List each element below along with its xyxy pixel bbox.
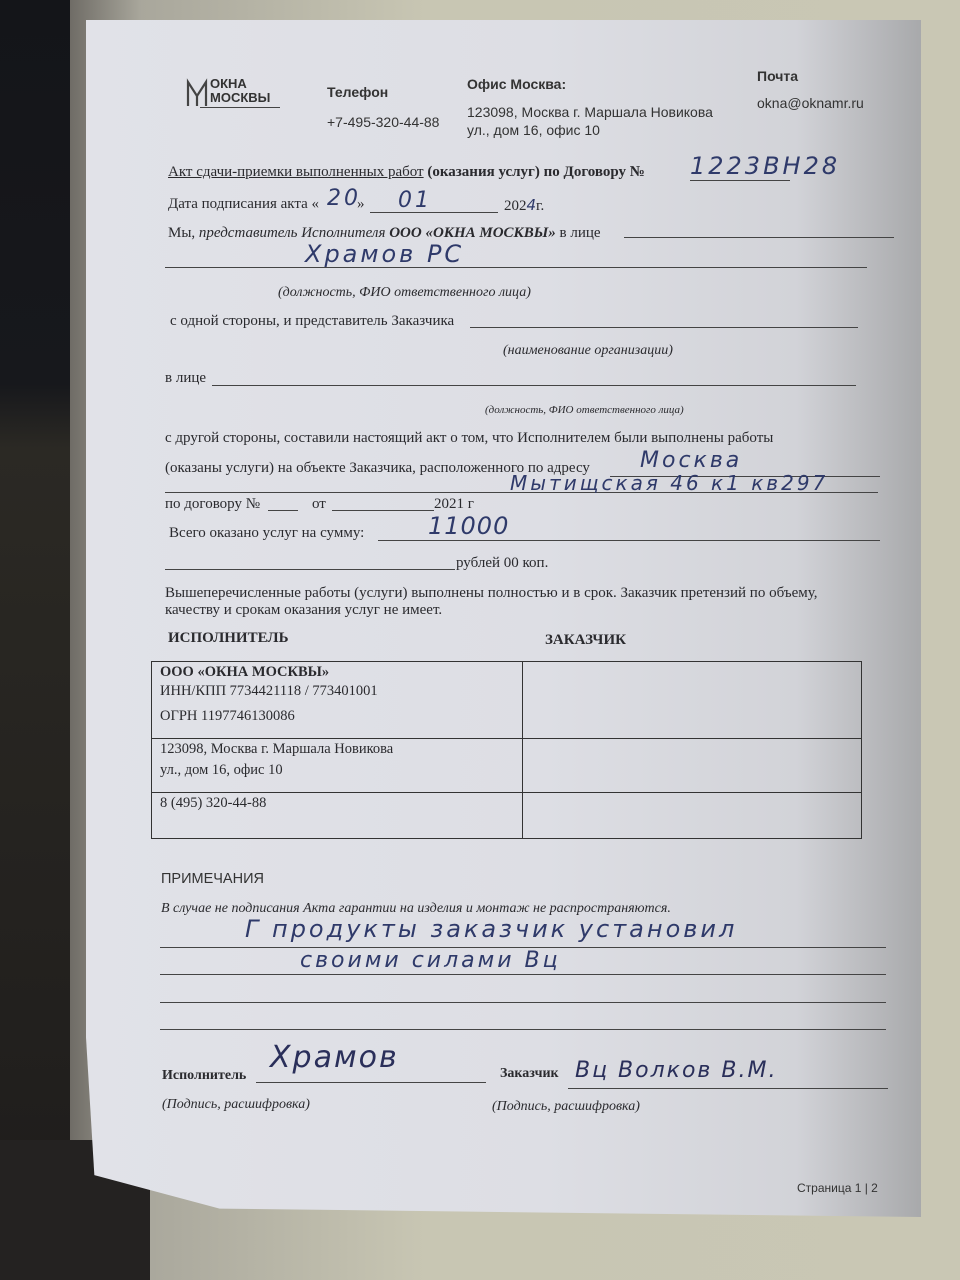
notes-handwritten-1: Г продукты заказчик установил	[245, 915, 737, 943]
completion-text-1: Вышеперечисленные работы (услуги) выполн…	[165, 585, 817, 602]
phone-value: +7-495-320-44-88	[327, 114, 439, 130]
act-title: Акт сдачи-приемки выполненных работ (ока…	[168, 164, 645, 181]
executor-rep-line-2	[165, 267, 867, 268]
customer-address-cell[interactable]	[523, 739, 862, 793]
customer-phone-cell[interactable]	[523, 793, 862, 839]
office-address-line1: 123098, Москва г. Маршала Новикова	[467, 104, 713, 120]
logo-text-line1: ОКНА	[210, 76, 247, 91]
customer-company-cell[interactable]	[523, 662, 862, 739]
intro-representative: представитель Исполнителя	[199, 225, 389, 241]
executor-rep-handwritten: Храмов РС	[305, 240, 464, 268]
background-dark-object	[0, 0, 80, 1280]
date-year-suffix: г.	[536, 198, 544, 214]
date-month-line	[370, 212, 498, 213]
customer-heading: ЗАКАЗЧИК	[545, 632, 626, 649]
body-line-1: с другой стороны, составили настоящий ак…	[165, 430, 773, 447]
sum-rub-label: рублей 00 коп.	[456, 555, 548, 572]
sum-handwritten: 11000	[428, 512, 509, 540]
completion-text-2: качеству и срокам оказания услуг не имее…	[165, 602, 442, 619]
executor-phone: 8 (495) 320-44-88	[160, 795, 514, 812]
executor-heading: ИСПОЛНИТЕЛЬ	[168, 630, 289, 647]
date-month-handwritten: 01	[398, 188, 432, 213]
date-close-quote: »	[357, 196, 365, 213]
contract-ref-label: по договору №	[165, 496, 260, 513]
customer-org-caption: (наименование организации)	[503, 343, 673, 359]
executor-address-cell: 123098, Москва г. Маршала Новикова ул., …	[152, 739, 523, 793]
logo-mark-icon	[186, 76, 208, 108]
customer-person-label: в лице	[165, 370, 206, 387]
notes-line-3	[160, 1002, 886, 1003]
requisites-table: ООО «ОКНА МОСКВЫ» ИНН/КПП 7734421118 / 7…	[151, 661, 862, 839]
executor-company-cell: ООО «ОКНА МОСКВЫ» ИНН/КПП 7734421118 / 7…	[152, 662, 523, 739]
contract-number-handwritten: 1223BH28	[690, 152, 840, 180]
company-logo: ОКНА МОСКВЫ	[186, 76, 286, 110]
customer-org-field[interactable]	[470, 327, 858, 328]
executor-signature: Храмов	[270, 1040, 399, 1075]
executor-rep-caption: (должность, ФИО ответственного лица)	[278, 285, 531, 301]
executor-inn: ИНН/КПП 7734421118 / 773401001	[160, 683, 514, 700]
logo-text-line2: МОСКВЫ	[210, 90, 270, 105]
customer-signature-label: Заказчик	[500, 1066, 559, 1082]
notes-line-2	[160, 974, 886, 975]
executor-ogrn: ОГРН 1197746130086	[160, 708, 514, 725]
date-year-handwritten: 4	[527, 196, 537, 214]
phone-label: Телефон	[327, 84, 388, 100]
sum-words-field[interactable]	[165, 569, 455, 570]
logo-underline	[200, 107, 280, 108]
office-label: Офис Москва:	[467, 76, 566, 92]
sum-line	[378, 540, 880, 541]
contract-ref-year: 2021 г	[434, 496, 474, 513]
customer-line-label: с одной стороны, и представитель Заказчи…	[170, 313, 454, 330]
date-year-prefix: 202	[504, 198, 527, 214]
customer-person-field[interactable]	[212, 385, 856, 386]
executor-address-2: ул., дом 16, офис 10	[160, 762, 514, 779]
contract-ref-from: от	[312, 496, 326, 513]
executor-address-1: 123098, Москва г. Маршала Новикова	[160, 741, 514, 758]
notes-heading: ПРИМЕЧАНИЯ	[161, 871, 264, 887]
customer-signature-caption: (Подпись, расшифровка)	[492, 1099, 640, 1115]
office-address-line2: ул., дом 16, офис 10	[467, 122, 600, 138]
contract-number-line	[690, 180, 790, 181]
intro-company: ООО «ОКНА МОСКВЫ»	[389, 225, 556, 241]
executor-phone-cell: 8 (495) 320-44-88	[152, 793, 523, 839]
page-indicator: Страница 1 | 2	[797, 1181, 878, 1195]
date-year: 2024г.	[504, 196, 544, 215]
notes-line-4	[160, 1029, 886, 1030]
executor-signature-caption: (Подпись, расшифровка)	[162, 1097, 310, 1113]
contract-ref-date-field[interactable]	[332, 510, 434, 511]
executor-name: ООО «ОКНА МОСКВЫ»	[160, 664, 514, 681]
customer-person-caption: (должность, ФИО ответственного лица)	[485, 404, 684, 416]
customer-signature-field[interactable]	[568, 1088, 888, 1089]
executor-signature-label: Исполнитель	[162, 1068, 246, 1084]
contract-ref-number-field[interactable]	[268, 510, 298, 511]
executor-signature-field[interactable]	[256, 1082, 486, 1083]
address-handwritten-1: Москва	[640, 448, 742, 473]
intro-in-person: в лице	[556, 225, 601, 241]
intro-we: Мы,	[168, 225, 199, 241]
date-day-handwritten: 20	[327, 186, 361, 211]
executor-rep-line-1	[624, 237, 894, 238]
date-label: Дата подписания акта «	[168, 196, 319, 213]
notes-handwritten-2: своими силами Вц	[300, 948, 561, 973]
sum-label: Всего оказано услуг на сумму:	[169, 525, 364, 542]
act-title-underlined: Акт сдачи-приемки выполненных работ	[168, 164, 424, 180]
email-value: okna@oknamr.ru	[757, 95, 864, 111]
act-title-bold: (оказания услуг) по Договору №	[427, 164, 645, 180]
email-label: Почта	[757, 68, 798, 84]
customer-signature: Вц Волков В.М.	[575, 1058, 777, 1083]
address-handwritten-2: Мытищская 46 к1 кв297	[510, 471, 828, 495]
